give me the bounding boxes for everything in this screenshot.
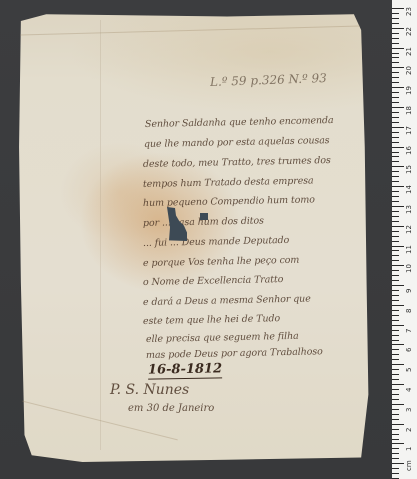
ruler-tick xyxy=(392,33,399,34)
ruler-tick xyxy=(392,92,399,93)
ruler-tick xyxy=(392,171,399,172)
ruler-tick xyxy=(392,305,404,306)
paper-damage-hole-small xyxy=(200,213,208,220)
ruler-label: 16 xyxy=(405,146,413,155)
ruler-label: 4 xyxy=(405,388,413,392)
ruler-tick xyxy=(392,211,399,212)
ruler-tick xyxy=(392,364,404,365)
ruler-tick xyxy=(392,122,399,123)
ruler-tick xyxy=(392,320,399,321)
ruler-tick xyxy=(392,97,399,98)
ruler-label: 19 xyxy=(405,86,413,95)
signature-date-line: em 30 de Janeiro xyxy=(128,403,214,414)
ruler-tick xyxy=(392,161,399,162)
ruler-tick xyxy=(392,285,404,286)
ruler-tick xyxy=(392,359,399,360)
ruler-tick xyxy=(392,448,399,449)
ruler-tick xyxy=(392,340,399,341)
ruler-label: 10 xyxy=(405,264,413,273)
ruler-tick xyxy=(392,201,399,202)
ruler-tick xyxy=(392,389,399,390)
ruler-tick xyxy=(392,473,399,474)
ruler-tick xyxy=(392,216,399,217)
ruler-tick xyxy=(392,191,399,192)
ruler-tick xyxy=(392,127,404,128)
ruler-label: 5 xyxy=(405,368,413,372)
ruler-tick xyxy=(392,82,399,83)
ruler-tick xyxy=(392,453,399,454)
ruler-tick xyxy=(392,424,404,425)
ruler-tick xyxy=(392,206,404,207)
ruler-label: 2 xyxy=(405,427,413,431)
signature: P. S. Nunes xyxy=(110,382,189,398)
ruler-tick xyxy=(392,117,399,118)
ruler-tick xyxy=(392,241,399,242)
ruler-tick xyxy=(392,290,399,291)
ruler-tick xyxy=(392,384,404,385)
ruler-tick xyxy=(392,315,399,316)
ruler-label: 3 xyxy=(405,407,413,411)
ruler-label: 20 xyxy=(405,66,413,75)
ruler-tick xyxy=(392,226,404,227)
ruler-label: 8 xyxy=(405,308,413,312)
ruler-tick xyxy=(392,8,404,9)
ruler-tick xyxy=(392,414,399,415)
ruler-tick xyxy=(392,463,404,464)
ruler-tick xyxy=(392,87,404,88)
ruler-tick xyxy=(392,176,399,177)
ruler-tick xyxy=(392,48,404,49)
ruler-tick xyxy=(392,72,399,73)
ruler-tick xyxy=(392,349,399,350)
ruler-tick xyxy=(392,344,404,345)
ruler-tick xyxy=(392,260,399,261)
ruler-tick xyxy=(392,439,399,440)
ruler-tick xyxy=(392,147,404,148)
ruler-tick xyxy=(392,354,399,355)
ruler-tick xyxy=(392,38,399,39)
ruler-tick xyxy=(392,330,399,331)
ruler-tick xyxy=(392,468,399,469)
ruler-tick xyxy=(392,112,399,113)
ruler-tick xyxy=(392,295,399,296)
ruler-tick xyxy=(392,275,399,276)
ruler-tick xyxy=(392,23,399,24)
ruler-tick xyxy=(392,246,404,247)
ruler-tick xyxy=(392,196,399,197)
letter-date: 16-8-1812 xyxy=(148,361,222,379)
ruler-label: 13 xyxy=(405,205,413,214)
ruler-label: 21 xyxy=(405,47,413,56)
ruler-tick xyxy=(392,107,404,108)
ruler-tick xyxy=(392,443,404,444)
ruler-tick xyxy=(392,369,399,370)
ruler-tick xyxy=(392,458,399,459)
ruler-label: 17 xyxy=(405,126,413,135)
ruler-tick xyxy=(392,132,399,133)
ruler-tick xyxy=(392,394,399,395)
measuring-ruler: 2322212019181716151413121110987654321cm xyxy=(392,0,417,479)
ruler-tick xyxy=(392,404,404,405)
ruler-label: 1 xyxy=(405,447,413,451)
ruler-label: 15 xyxy=(405,165,413,174)
ruler-tick xyxy=(392,142,399,143)
ruler-tick xyxy=(392,310,399,311)
ruler-label: 12 xyxy=(405,225,413,234)
ruler-tick xyxy=(392,429,399,430)
ruler-label: 14 xyxy=(405,185,413,194)
ruler-tick xyxy=(392,77,399,78)
ruler-label: 7 xyxy=(405,328,413,332)
ruler-tick xyxy=(392,137,399,138)
ruler-tick xyxy=(392,335,399,336)
ruler-tick xyxy=(392,231,399,232)
ruler-tick xyxy=(392,156,399,157)
ruler-tick xyxy=(392,152,399,153)
ruler-tick xyxy=(392,374,399,375)
ruler-tick xyxy=(392,409,399,410)
ruler-tick xyxy=(392,399,399,400)
ruler-tick xyxy=(392,325,404,326)
ruler-label: cm xyxy=(405,461,413,472)
ruler-tick xyxy=(392,57,399,58)
ruler-label: 11 xyxy=(405,245,413,254)
ruler-tick xyxy=(392,221,399,222)
ruler-label: 23 xyxy=(405,7,413,16)
ruler-tick xyxy=(392,300,399,301)
ruler-tick xyxy=(392,270,399,271)
ruler-tick xyxy=(392,62,399,63)
ruler-tick xyxy=(392,379,399,380)
ruler-tick xyxy=(392,186,404,187)
ruler-tick xyxy=(392,28,404,29)
ruler-tick xyxy=(392,419,399,420)
ruler-label: 6 xyxy=(405,348,413,352)
ruler-label: 22 xyxy=(405,27,413,36)
ruler-tick xyxy=(392,434,399,435)
ruler-tick xyxy=(392,166,404,167)
ruler-label: 18 xyxy=(405,106,413,115)
ruler-tick xyxy=(392,18,399,19)
fold-crease-vertical xyxy=(100,20,101,450)
ruler-tick xyxy=(392,250,399,251)
ruler-tick xyxy=(392,13,399,14)
ruler-tick xyxy=(392,43,399,44)
ruler-label: 9 xyxy=(405,289,413,293)
ruler-tick xyxy=(392,102,399,103)
ruler-tick xyxy=(392,67,404,68)
ruler-tick xyxy=(392,181,399,182)
ruler-tick xyxy=(392,280,399,281)
ruler-tick xyxy=(392,53,399,54)
ruler-tick xyxy=(392,265,404,266)
ruler-tick xyxy=(392,236,399,237)
ruler-tick xyxy=(392,255,399,256)
